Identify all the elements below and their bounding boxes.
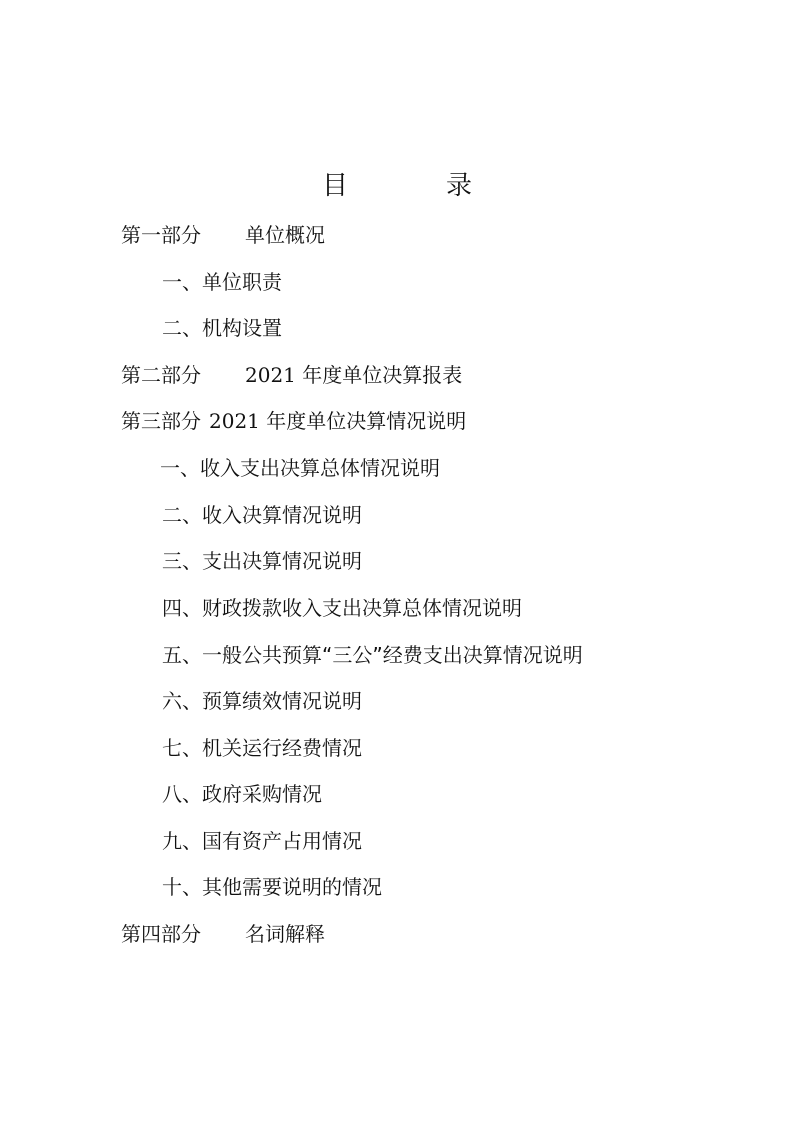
toc-part-2[interactable]: 第二部分2021 年度单位决算报表: [121, 360, 462, 390]
toc-title-char-1: 目: [322, 166, 348, 206]
toc-item-other[interactable]: 十、其他需要说明的情况: [162, 872, 382, 902]
toc-item-overall-income-expense[interactable]: 一、收入支出决算总体情况说明: [160, 453, 440, 483]
toc-item-unit-duties[interactable]: 一、单位职责: [162, 267, 282, 297]
part-title: 2021 年度单位决算报表: [245, 363, 462, 387]
toc-item-procurement[interactable]: 八、政府采购情况: [162, 779, 322, 809]
part-title: 单位概况: [245, 223, 325, 247]
part-label: 第一部分: [121, 220, 201, 250]
toc-item-fiscal-appropriation[interactable]: 四、财政拨款收入支出决算总体情况说明: [162, 593, 522, 623]
part-title: 名词解释: [245, 922, 325, 946]
toc-item-operating-costs[interactable]: 七、机关运行经费情况: [162, 733, 362, 763]
document-page: 目 录 第一部分单位概况 一、单位职责 二、机构设置 第二部分2021 年度单位…: [0, 0, 793, 1122]
toc-item-performance[interactable]: 六、预算绩效情况说明: [162, 686, 362, 716]
toc-part-3[interactable]: 第三部分2021 年度单位决算情况说明: [121, 406, 466, 436]
toc-item-income[interactable]: 二、收入决算情况说明: [162, 500, 362, 530]
toc-item-org-structure[interactable]: 二、机构设置: [162, 313, 282, 343]
part-title: 2021 年度单位决算情况说明: [209, 409, 466, 433]
part-label: 第二部分: [121, 360, 201, 390]
part-label: 第四部分: [121, 919, 201, 949]
toc-title: 目 录: [0, 166, 793, 206]
toc-item-expense[interactable]: 三、支出决算情况说明: [162, 546, 362, 576]
toc-part-1[interactable]: 第一部分单位概况: [121, 220, 325, 250]
toc-part-4[interactable]: 第四部分名词解释: [121, 919, 325, 949]
toc-title-char-2: 录: [446, 166, 472, 206]
part-label: 第三部分: [121, 406, 201, 436]
toc-item-state-assets[interactable]: 九、国有资产占用情况: [162, 826, 362, 856]
toc-item-three-public-expenses[interactable]: 五、一般公共预算“三公”经费支出决算情况说明: [162, 640, 583, 670]
